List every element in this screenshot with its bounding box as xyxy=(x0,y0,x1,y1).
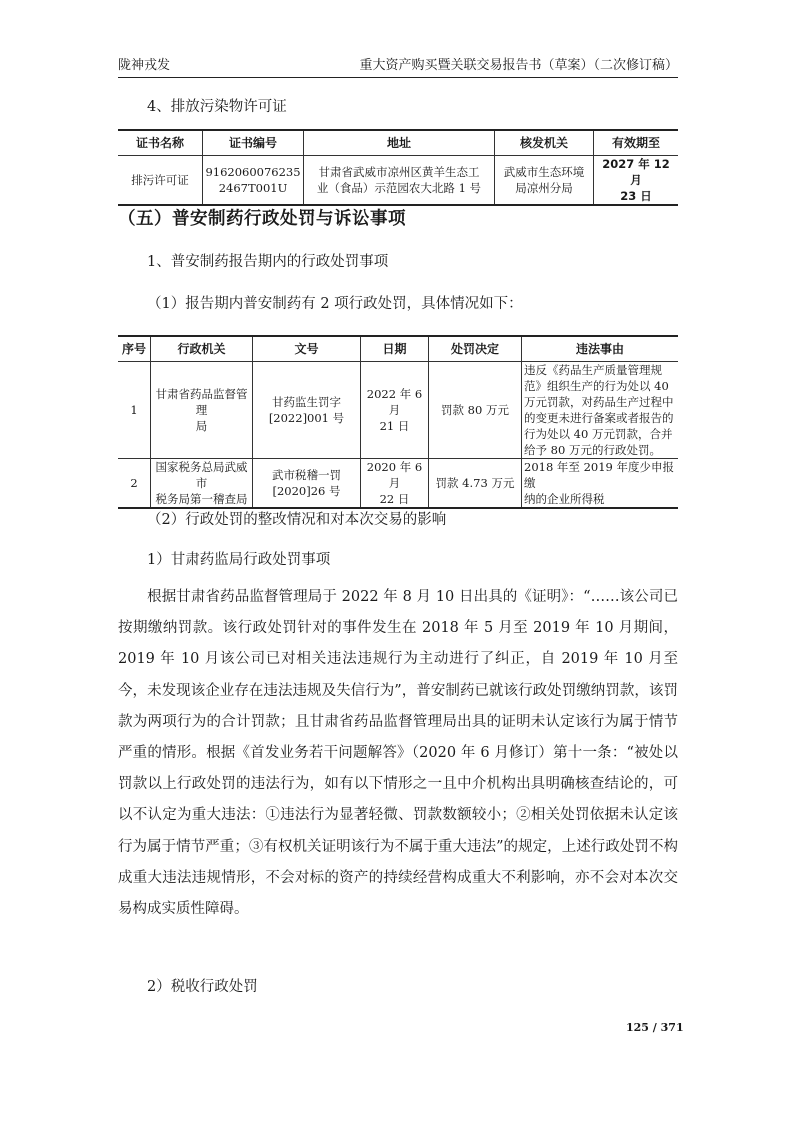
doc-line1: 武市税稽一罚 xyxy=(255,467,358,483)
reason-line: 的变更未进行备案或者报告的 xyxy=(524,410,676,426)
section-4-title: 4、排放污染物许可证 xyxy=(147,95,287,116)
valid-line2: 23 日 xyxy=(596,188,676,204)
reason-line: 万元罚款，对药品生产过程中 xyxy=(524,394,676,410)
agency-line2: 局 xyxy=(153,418,250,434)
row-agency: 国家税务总局武威市 税务局第一稽查局 xyxy=(151,459,253,509)
subsection-1-2-2-title: 2）税收行政处罚 xyxy=(147,975,258,996)
row-no: 2 xyxy=(118,459,151,509)
col-header-agency: 行政机关 xyxy=(151,336,253,362)
cert-issuer: 武威市生态环境 局凉州分局 xyxy=(495,156,594,206)
col-header-valid-until: 有效期至 xyxy=(594,130,679,156)
row-no: 1 xyxy=(118,362,151,459)
reason-line: 违反《药品生产质量管理规 xyxy=(524,362,676,378)
col-header-cert-number: 证书编号 xyxy=(203,130,304,156)
table-row: 排污许可证 9162060076235 2467T001U 甘肃省武威市凉州区黄… xyxy=(118,156,678,206)
row-reason: 违反《药品生产质量管理规 范》组织生产的行为处以 40 万元罚款，对药品生产过程… xyxy=(522,362,679,459)
header-doc-title: 重大资产购买暨关联交易报告书（草案）（二次修订稿） xyxy=(359,54,678,73)
reason-line: 范》组织生产的行为处以 40 xyxy=(524,378,676,394)
reason-line: 行为处以 40 万元罚款，合并 xyxy=(524,426,676,442)
row-date: 2020 年 6 月 22 日 xyxy=(361,459,429,509)
col-header-cert-name: 证书名称 xyxy=(118,130,203,156)
cert-number: 9162060076235 2467T001U xyxy=(203,156,304,206)
doc-line2: [2022]001 号 xyxy=(255,410,358,426)
col-header-doc-number: 文号 xyxy=(253,336,361,362)
table-row: 1 甘肃省药品监督管理 局 甘药监生罚字 [2022]001 号 2022 年 … xyxy=(118,362,678,459)
cert-valid-until: 2027 年 12 月 23 日 xyxy=(594,156,679,206)
col-header-no: 序号 xyxy=(118,336,151,362)
table-header-row: 证书名称 证书编号 地址 核发机关 有效期至 xyxy=(118,130,678,156)
issuer-line1: 武威市生态环境 xyxy=(497,164,591,180)
row-decision: 罚款 80 万元 xyxy=(429,362,522,459)
reason-line: 纳的企业所得税 xyxy=(524,491,676,507)
row-doc-number: 甘药监生罚字 [2022]001 号 xyxy=(253,362,361,459)
subsection-1-1-title: （1）报告期内普安制药有 2 项行政处罚，具体情况如下： xyxy=(147,292,523,313)
row-agency: 甘肃省药品监督管理 局 xyxy=(151,362,253,459)
agency-line1: 甘肃省药品监督管理 xyxy=(153,386,250,418)
agency-line1: 国家税务总局武威市 xyxy=(153,459,250,491)
row-date: 2022 年 6 月 21 日 xyxy=(361,362,429,459)
cert-number-line2: 2467T001U xyxy=(205,180,301,196)
col-header-reason: 违法事由 xyxy=(522,336,679,362)
date-line1: 2020 年 6 月 xyxy=(363,459,426,491)
section-5-heading: （五）普安制药行政处罚与诉讼事项 xyxy=(118,205,406,230)
agency-line2: 税务局第一稽查局 xyxy=(153,491,250,507)
col-header-date: 日期 xyxy=(361,336,429,362)
address-line2: 业（食品）示范园农大北路 1 号 xyxy=(306,180,492,196)
subsection-1-2-1-title: 1）甘肃药监局行政处罚事项 xyxy=(147,548,330,569)
issuer-line2: 局凉州分局 xyxy=(497,180,591,196)
valid-line1: 2027 年 12 月 xyxy=(596,156,676,188)
date-line1: 2022 年 6 月 xyxy=(363,386,426,418)
row-doc-number: 武市税稽一罚 [2020]26 号 xyxy=(253,459,361,509)
reason-line: 给予 80 万元的行政处罚。 xyxy=(524,442,676,458)
cert-number-line1: 9162060076235 xyxy=(205,164,301,180)
paragraph-text: 根据甘肃省药品监督管理局于 2022 年 8 月 10 日出具的《证明》：“……… xyxy=(118,589,678,917)
cert-name: 排污许可证 xyxy=(118,156,203,206)
table-row: 2 国家税务总局武威市 税务局第一稽查局 武市税稽一罚 [2020]26 号 2… xyxy=(118,459,678,509)
header-company: 陇神戎发 xyxy=(118,54,170,73)
subsection-1-title: 1、普安制药报告期内的行政处罚事项 xyxy=(147,250,388,271)
doc-line1: 甘药监生罚字 xyxy=(255,394,358,410)
date-line2: 21 日 xyxy=(363,418,426,434)
row-reason: 2018 年至 2019 年度少申报缴 纳的企业所得税 xyxy=(522,459,679,509)
table-header-row: 序号 行政机关 文号 日期 处罚决定 违法事由 xyxy=(118,336,678,362)
subsection-1-2-title: （2）行政处罚的整改情况和对本次交易的影响 xyxy=(147,508,446,529)
page-number: 125 / 371 xyxy=(626,1021,684,1034)
row-decision: 罚款 4.73 万元 xyxy=(429,459,522,509)
penalty-table: 序号 行政机关 文号 日期 处罚决定 违法事由 1 甘肃省药品监督管理 局 甘药… xyxy=(118,335,678,509)
col-header-decision: 处罚决定 xyxy=(429,336,522,362)
page-header: 陇神戎发 重大资产购买暨关联交易报告书（草案）（二次修订稿） xyxy=(118,55,678,78)
col-header-address: 地址 xyxy=(304,130,495,156)
reason-line: 2018 年至 2019 年度少申报缴 xyxy=(524,459,676,491)
col-header-issuer: 核发机关 xyxy=(495,130,594,156)
date-line2: 22 日 xyxy=(363,491,426,507)
doc-line2: [2020]26 号 xyxy=(255,483,358,499)
address-line1: 甘肃省武威市凉州区黄羊生态工 xyxy=(306,164,492,180)
cert-address: 甘肃省武威市凉州区黄羊生态工 业（食品）示范园农大北路 1 号 xyxy=(304,156,495,206)
permit-table: 证书名称 证书编号 地址 核发机关 有效期至 排污许可证 91620600762… xyxy=(118,129,678,206)
body-paragraph: 根据甘肃省药品监督管理局于 2022 年 8 月 10 日出具的《证明》：“……… xyxy=(118,582,678,925)
